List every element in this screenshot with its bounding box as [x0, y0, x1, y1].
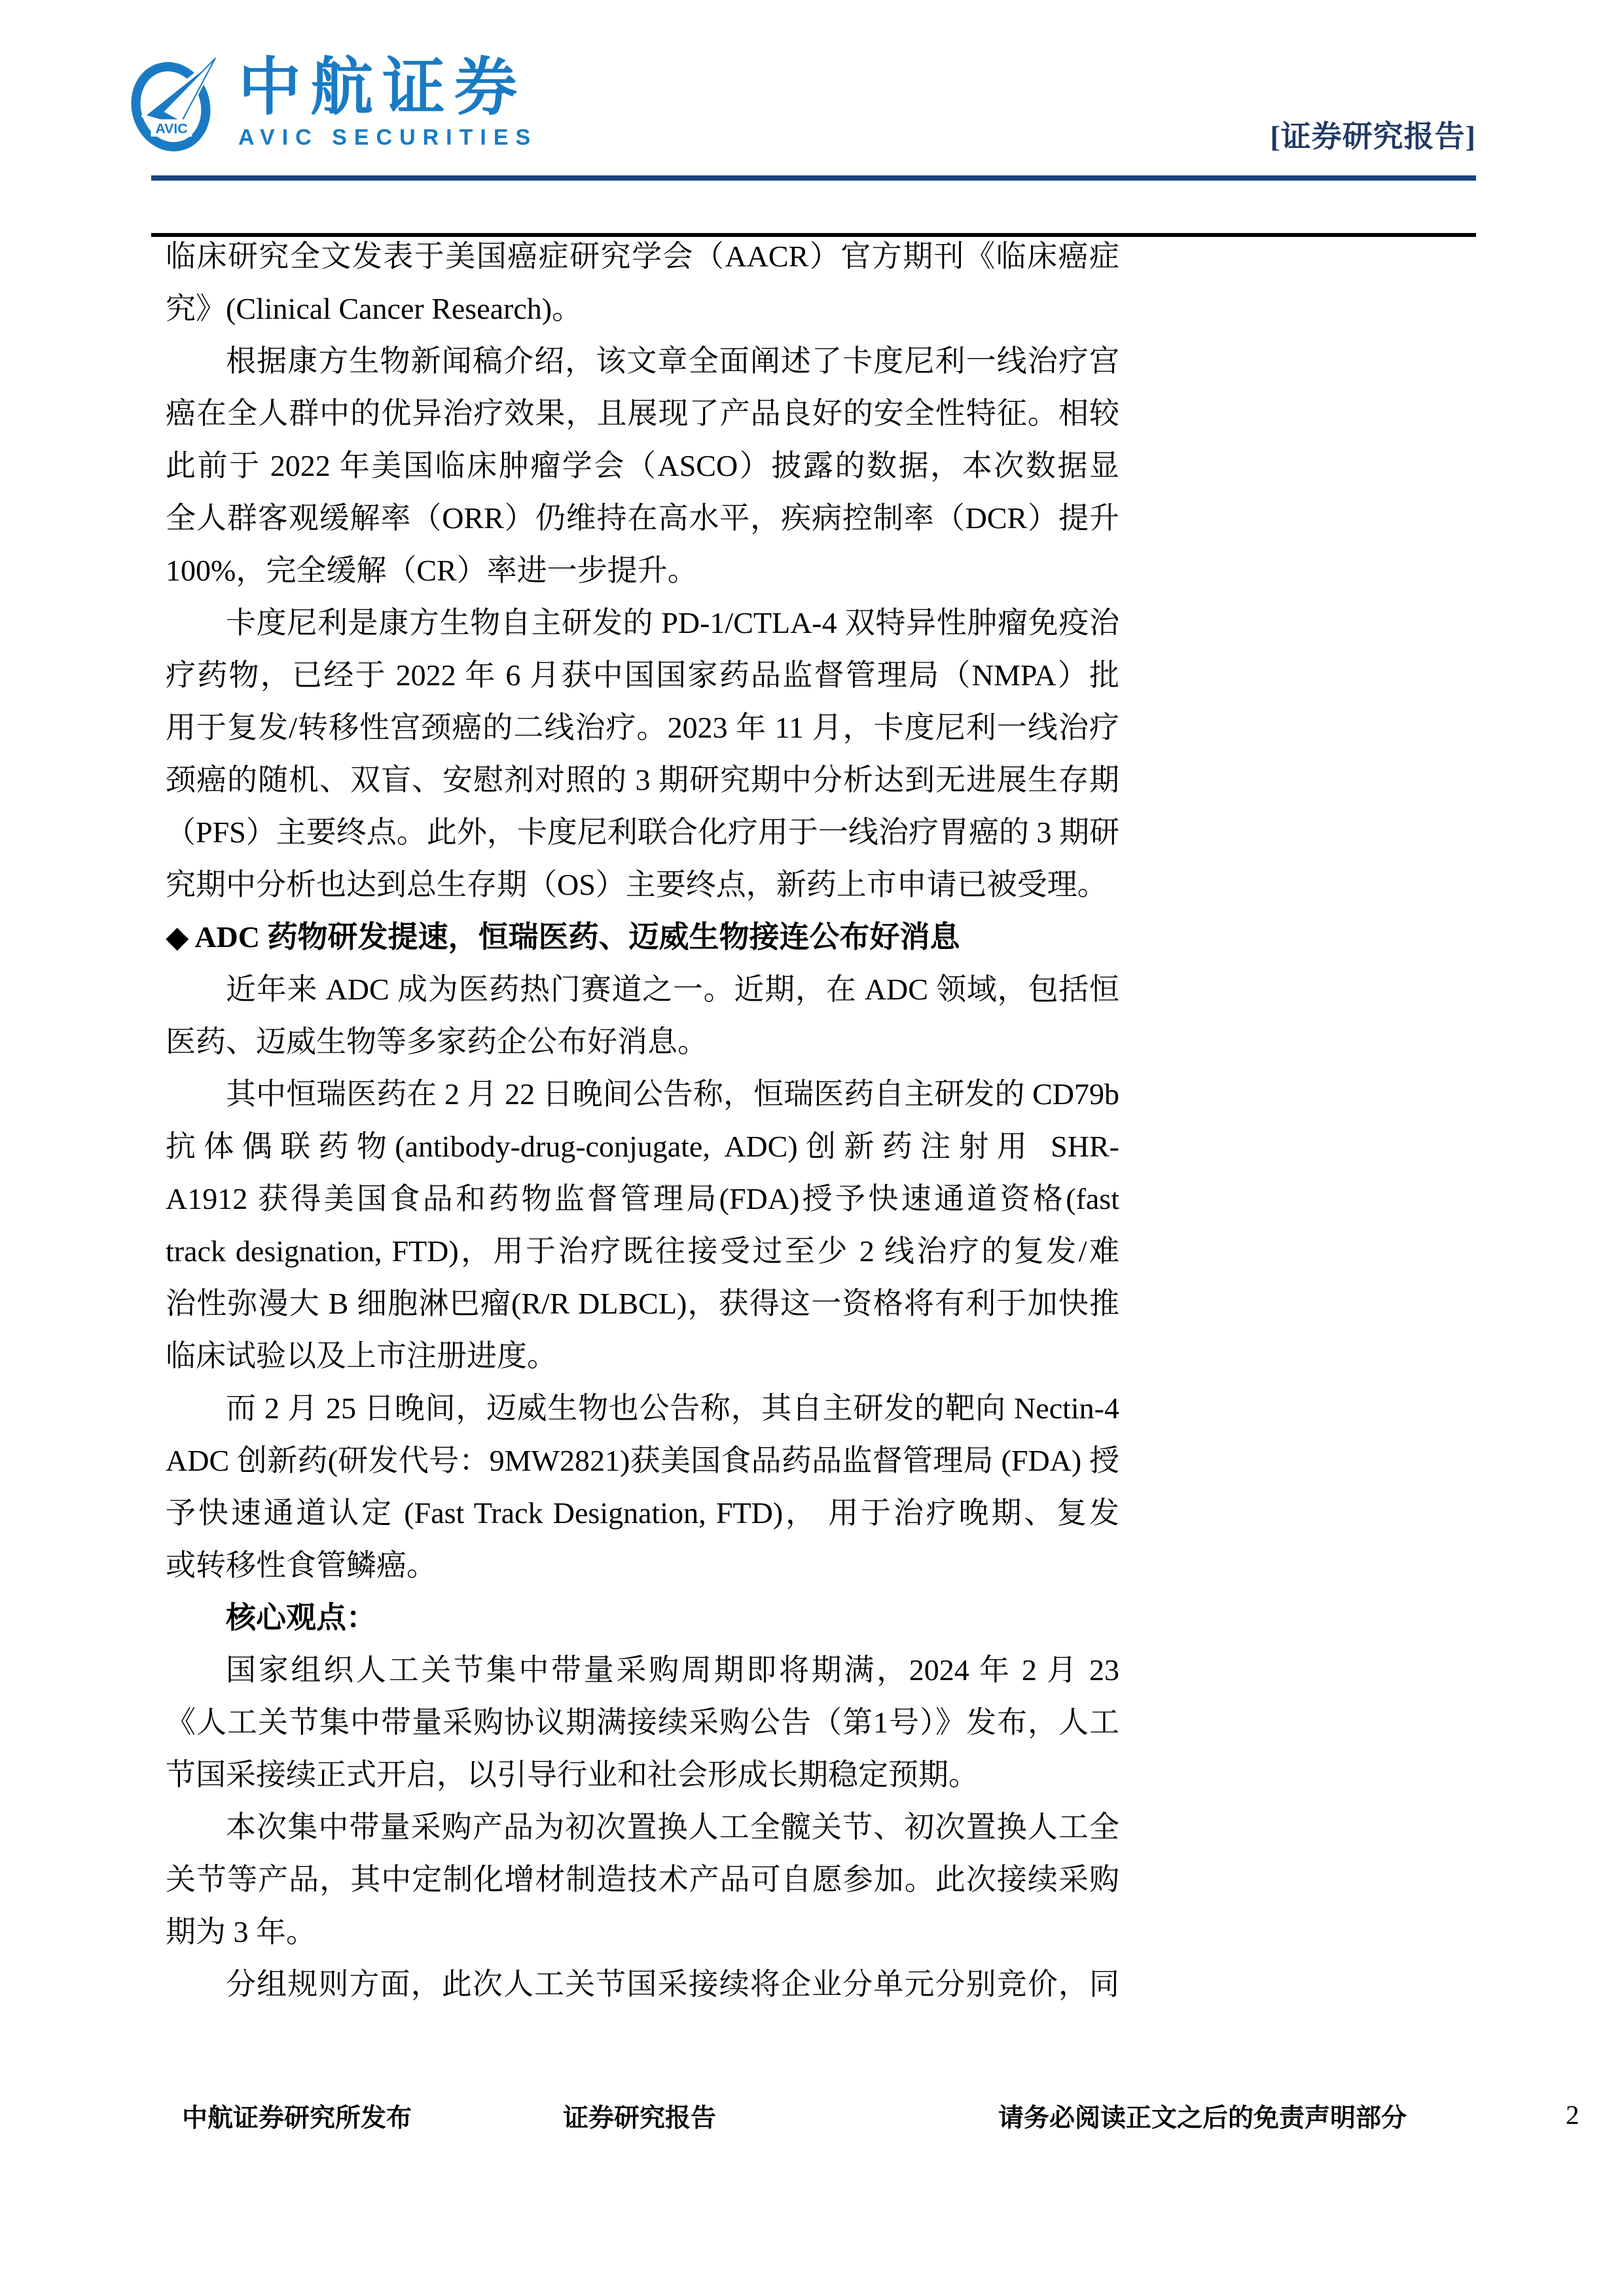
body-line: 近年来 ADC 成为医药热门赛道之一。近期，在 ADC 领域，包括恒瑞 [166, 963, 1119, 1016]
body-line: A1912 获得美国食品和药物监督管理局(FDA)授予快速通道资格(fast [166, 1173, 1119, 1225]
body-line: 颈癌的随机、双盲、安慰剂对照的 3 期研究期中分析达到无进展生存期 [166, 754, 1119, 806]
logo-text-block: 中航证券 AVIC SECURITIES [238, 54, 537, 151]
body-line: 究期中分析也达到总生存期（OS）主要终点，新药上市申请已被受理。 [166, 859, 1119, 911]
body-line: 分组规则方面，此次人工关节国采接续将企业分单元分别竞价，同一 [166, 1958, 1119, 2011]
body-line: 临床试验以及上市注册进度。 [166, 1330, 1119, 1382]
report-page: AVIC 中航证券 AVIC SECURITIES [证券研究报告] 临床研究全… [0, 0, 1624, 2296]
body-line: 《人工关节集中带量采购协议期满接续采购公告（第1号）》发布，人工关 [166, 1696, 1119, 1749]
logo-name-cn: 中航证券 [238, 54, 537, 122]
body-line: 关节等产品，其中定制化增材制造技术产品可自愿参加。此次接续采购周 [166, 1854, 1119, 1906]
footer-publisher: 中航证券研究所发布 [182, 2098, 412, 2134]
body-line: 核心观点： [166, 1592, 1119, 1644]
page-number: 2 [1566, 2099, 1579, 2130]
body-line: 根据康方生物新闻稿介绍，该文章全面阐述了卡度尼利一线治疗宫颈 [166, 335, 1119, 387]
header-divider-line [151, 175, 1476, 181]
body-line: （PFS）主要终点。此外，卡度尼利联合化疗用于一线治疗胃癌的 3 期研 [166, 806, 1119, 859]
emblem-avic-label: AVIC [155, 121, 187, 137]
body-line: 究》(Clinical Cancer Research)。 [166, 283, 1119, 335]
logo-name-en: AVIC SECURITIES [238, 124, 537, 151]
avic-emblem-icon: AVIC [124, 54, 224, 153]
body-line: 卡度尼利是康方生物自主研发的 PD-1/CTLA-4 双特异性肿瘤免疫治 [166, 597, 1119, 649]
body-line: 予快速通道认定 (Fast Track Designation, FTD)， 用… [166, 1487, 1119, 1539]
body-line: 而 2 月 25 日晚间，迈威生物也公告称，其自主研发的靶向 Nectin-4 [166, 1382, 1119, 1435]
body-line: track designation, FTD)，用于治疗既往接受过至少 2 线治… [166, 1225, 1119, 1278]
body-line: 其中恒瑞医药在 2 月 22 日晚间公告称，恒瑞医药自主研发的 CD79b [166, 1068, 1119, 1121]
body-line: 用于复发/转移性宫颈癌的二线治疗。2023 年 11 月，卡度尼利一线治疗宫 [166, 702, 1119, 754]
footer-disclaimer: 请务必阅读正文之后的免责声明部分 [998, 2098, 1407, 2134]
footer-doc-type: 证券研究报告 [563, 2098, 716, 2134]
body-line: 国家组织人工关节集中带量采购周期即将期满，2024 年 2 月 23 日， [166, 1644, 1119, 1696]
body-line: 疗药物，已经于 2022 年 6 月获中国国家药品监督管理局（NMPA）批准， [166, 649, 1119, 702]
body-line: 全人群客观缓解率（ORR）仍维持在高水平，疾病控制率（DCR）提升至 [166, 492, 1119, 545]
body-line: 医药、迈威生物等多家药企公布好消息。 [166, 1016, 1119, 1068]
body-line: 此前于 2022 年美国临床肿瘤学会（ASCO）披露的数据，本次数据显示： [166, 440, 1119, 492]
body-line: 期为 3 年。 [166, 1906, 1119, 1958]
section-heading-line: ◆ ADC 药物研发提速，恒瑞医药、迈威生物接连公布好消息 [166, 911, 1119, 963]
body-line: 癌在全人群中的优异治疗效果，且展现了产品良好的安全性特征。相较于 [166, 387, 1119, 440]
body-line: 100%，完全缓解（CR）率进一步提升。 [166, 545, 1119, 597]
body-line: 或转移性食管鳞癌。 [166, 1539, 1119, 1592]
body-line: ADC 创新药(研发代号：9MW2821)获美国食品药品监督管理局 (FDA) … [166, 1435, 1119, 1487]
avic-logo: AVIC 中航证券 AVIC SECURITIES [124, 54, 537, 153]
report-tag: [证券研究报告] [1270, 113, 1476, 156]
body-line: 治性弥漫大 B 细胞淋巴瘤(R/R DLBCL)，获得这一资格将有利于加快推进 [166, 1278, 1119, 1330]
body-line: 节国采接续正式开启，以引导行业和社会形成长期稳定预期。 [166, 1749, 1119, 1801]
body-line: 抗体偶联药物(antibody-drug-conjugate, ADC)创新药注… [166, 1121, 1119, 1173]
body-line: 本次集中带量采购产品为初次置换人工全髋关节、初次置换人工全膝 [166, 1801, 1119, 1854]
body-line: 临床研究全文发表于美国癌症研究学会（AACR）官方期刊《临床癌症研 [166, 230, 1119, 283]
body-text: 临床研究全文发表于美国癌症研究学会（AACR）官方期刊《临床癌症研究》(Clin… [166, 230, 1119, 2011]
